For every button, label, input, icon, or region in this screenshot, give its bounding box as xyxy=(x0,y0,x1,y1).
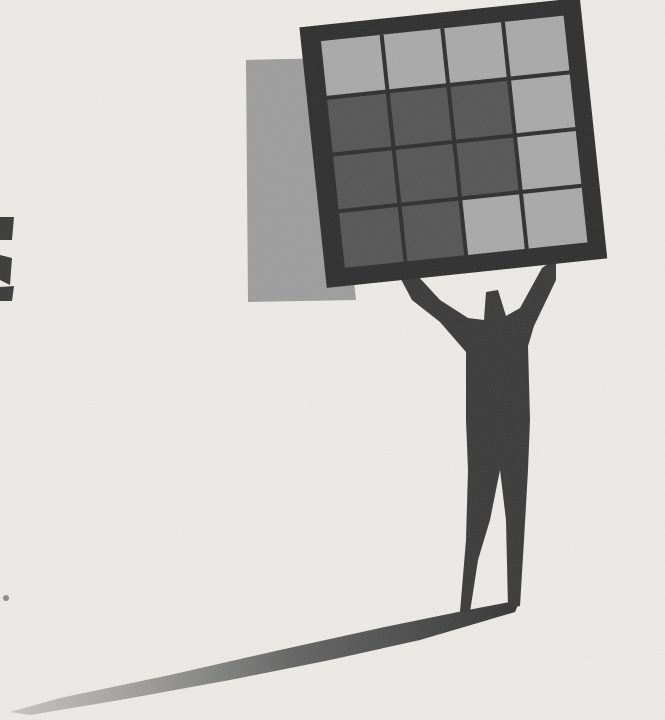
halftone-grain xyxy=(0,0,665,720)
illustration-canvas xyxy=(0,0,665,720)
